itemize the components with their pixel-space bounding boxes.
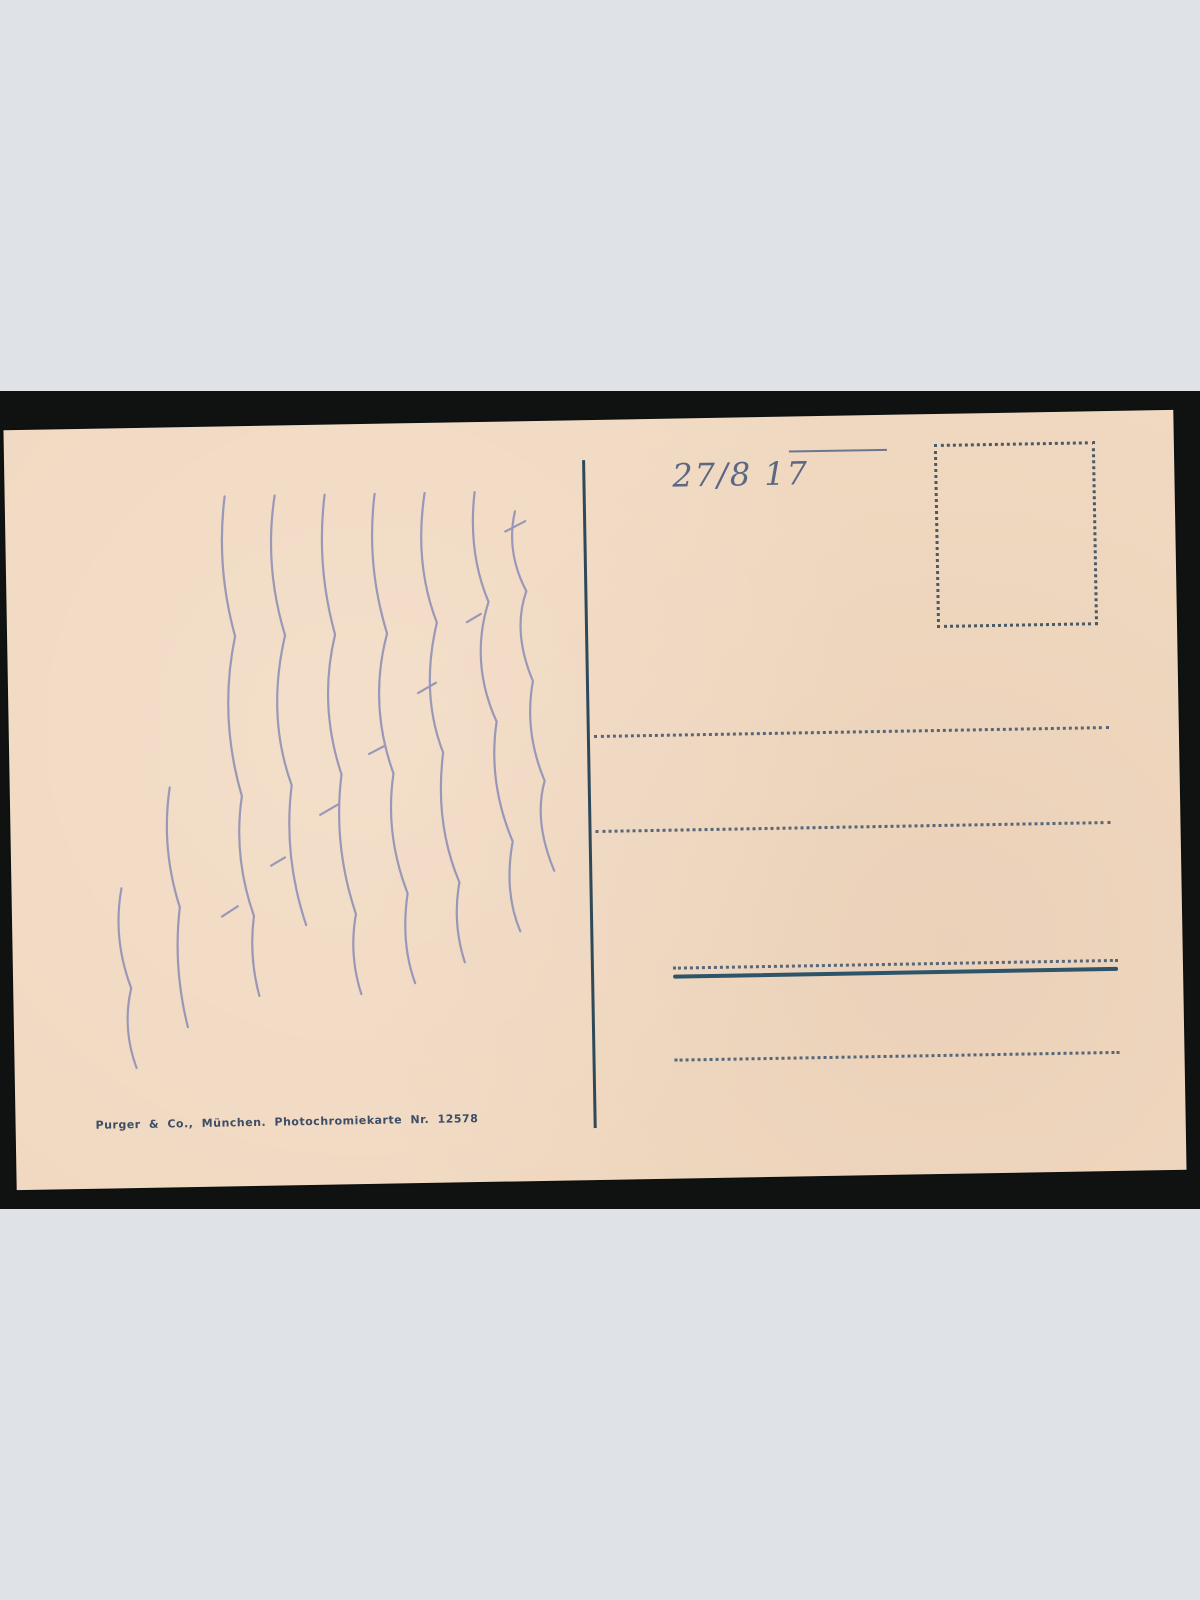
date-overline <box>789 449 887 453</box>
vertical-divider <box>582 460 597 1128</box>
address-line-2 <box>596 821 1111 833</box>
handwritten-message <box>44 450 575 1099</box>
address-line-1 <box>594 726 1109 738</box>
postcard-back: 27/8 17 Purger & Co., München. Photochro… <box>3 410 1186 1190</box>
handwritten-date: 27/8 17 <box>672 454 809 494</box>
stamp-placeholder-box <box>934 441 1098 628</box>
address-underline-solid <box>673 967 1118 979</box>
publisher-imprint: Purger & Co., München. Photochromiekarte… <box>95 1112 478 1132</box>
address-line-4 <box>675 1051 1120 1062</box>
